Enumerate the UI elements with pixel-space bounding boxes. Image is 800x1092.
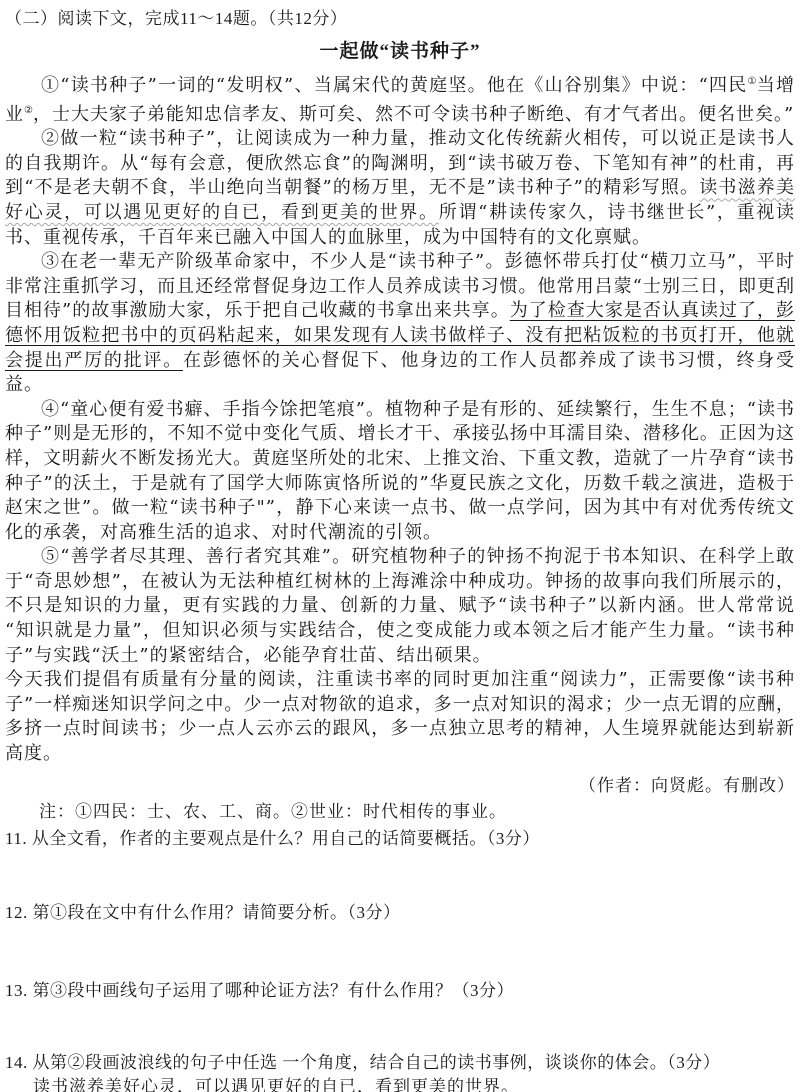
passage-paragraph-6: 今天我们提倡有质量有分量的阅读，注重读书率的同时更加注重“阅读力”，正需要像“读… (5, 668, 795, 766)
footnote: 注：①四民：士、农、工、商。②世业：时代相传的事业。 (5, 799, 795, 824)
answer-space (5, 925, 795, 978)
passage-paragraph-1: ①“读书种子”一词的“发明权”、当属宋代的黄庭坚。他在《山谷别集》中说：“四民①… (5, 70, 795, 127)
question-text: 14. 从第②段画波浪线的句子中任选 一个角度，结合自己的读书事例，谈谈你的体会… (5, 1053, 720, 1072)
question-text: 11. 从全文看，作者的主要观点是什么？用自己的话简要概括。（3分） (5, 829, 540, 848)
section-header: （二）阅读下文，完成11～14题。（共12分） (5, 6, 795, 31)
passage-text: ④“童心便有爱书癖、手指今馀把笔痕”。植物种子是有形的、延续繁行，生生不息；“读… (5, 399, 795, 543)
passage-paragraph-3: ③在老一辈无产阶级革命家中，不少人是“读书种子”。彭德怀带兵打仗“横刀立马”，平… (5, 250, 795, 398)
question-14: 14. 从第②段画波浪线的句子中任选 一个角度，结合自己的读书事例，谈谈你的体会… (5, 1050, 795, 1092)
footnote-marker: ① (748, 76, 757, 87)
passage-text: ①“读书种子”一词的“发明权”、当属宋代的黄庭坚。他在《山谷别集》中说：“四民 (41, 75, 748, 96)
passage-text: 今天我们提倡有质量有分量的阅读，注重读书率的同时更加注重“阅读力”，正需要像“读… (5, 669, 795, 764)
author-attribution: （作者：向贤彪。有删改） (5, 773, 795, 799)
exam-page: （二）阅读下文，完成11～14题。（共12分） 一起做“读书种子” ①“读书种子… (0, 0, 800, 1092)
passage-text: ⑤“善学者尽其理、善行者究其难”。研究植物种子的钟扬不拘泥于书本知识、在科学上敢… (5, 546, 795, 665)
passage-paragraph-2: ②做一粒“读书种子”，让阅读成为一种力量，推动文化传统薪火相传，可以说正是读书人… (5, 127, 795, 250)
passage-paragraph-4: ④“童心便有爱书癖、手指今馀把笔痕”。植物种子是有形的、延续繁行，生生不息；“读… (5, 398, 795, 546)
question-list: 11. 从全文看，作者的主要观点是什么？用自己的话简要概括。（3分）12. 第①… (5, 826, 795, 1092)
passage-body: ①“读书种子”一词的“发明权”、当属宋代的黄庭坚。他在《山谷别集》中说：“四民①… (5, 70, 795, 767)
passage-title: 一起做“读书种子” (5, 36, 795, 63)
question-12: 12. 第①段在文中有什么作用？请简要分析。（3分） (5, 900, 795, 925)
passage-text: ②做一粒“读书种子”，让阅读成为一种力量，推动文化传统薪火相传，可以说正是读书人… (5, 128, 795, 198)
question-13: 13. 第③段中画线句子运用了哪种论证方法？有什么作用？（3分） (5, 978, 795, 1003)
passage-paragraph-5: ⑤“善学者尽其理、善行者究其难”。研究植物种子的钟扬不拘泥于书本知识、在科学上敢… (5, 545, 795, 668)
question-11: 11. 从全文看，作者的主要观点是什么？用自己的话简要概括。（3分） (5, 826, 795, 851)
footnote-marker: ② (24, 105, 33, 116)
question-text: 12. 第①段在文中有什么作用？请简要分析。（3分） (5, 903, 401, 922)
answer-space (5, 1003, 795, 1050)
passage-text: ，士大夫家子弟能知忠信孝友、斯可矣、然不可令读书种子断绝、有才气者出。便名世矣。… (33, 104, 794, 125)
answer-space (5, 851, 795, 900)
question-text: 13. 第③段中画线句子运用了哪种论证方法？有什么作用？（3分） (5, 981, 514, 1000)
quoted-sentence: 读书滋养美好心灵，可以遇见更好的自已，看到更美的世界。 (33, 1075, 795, 1092)
